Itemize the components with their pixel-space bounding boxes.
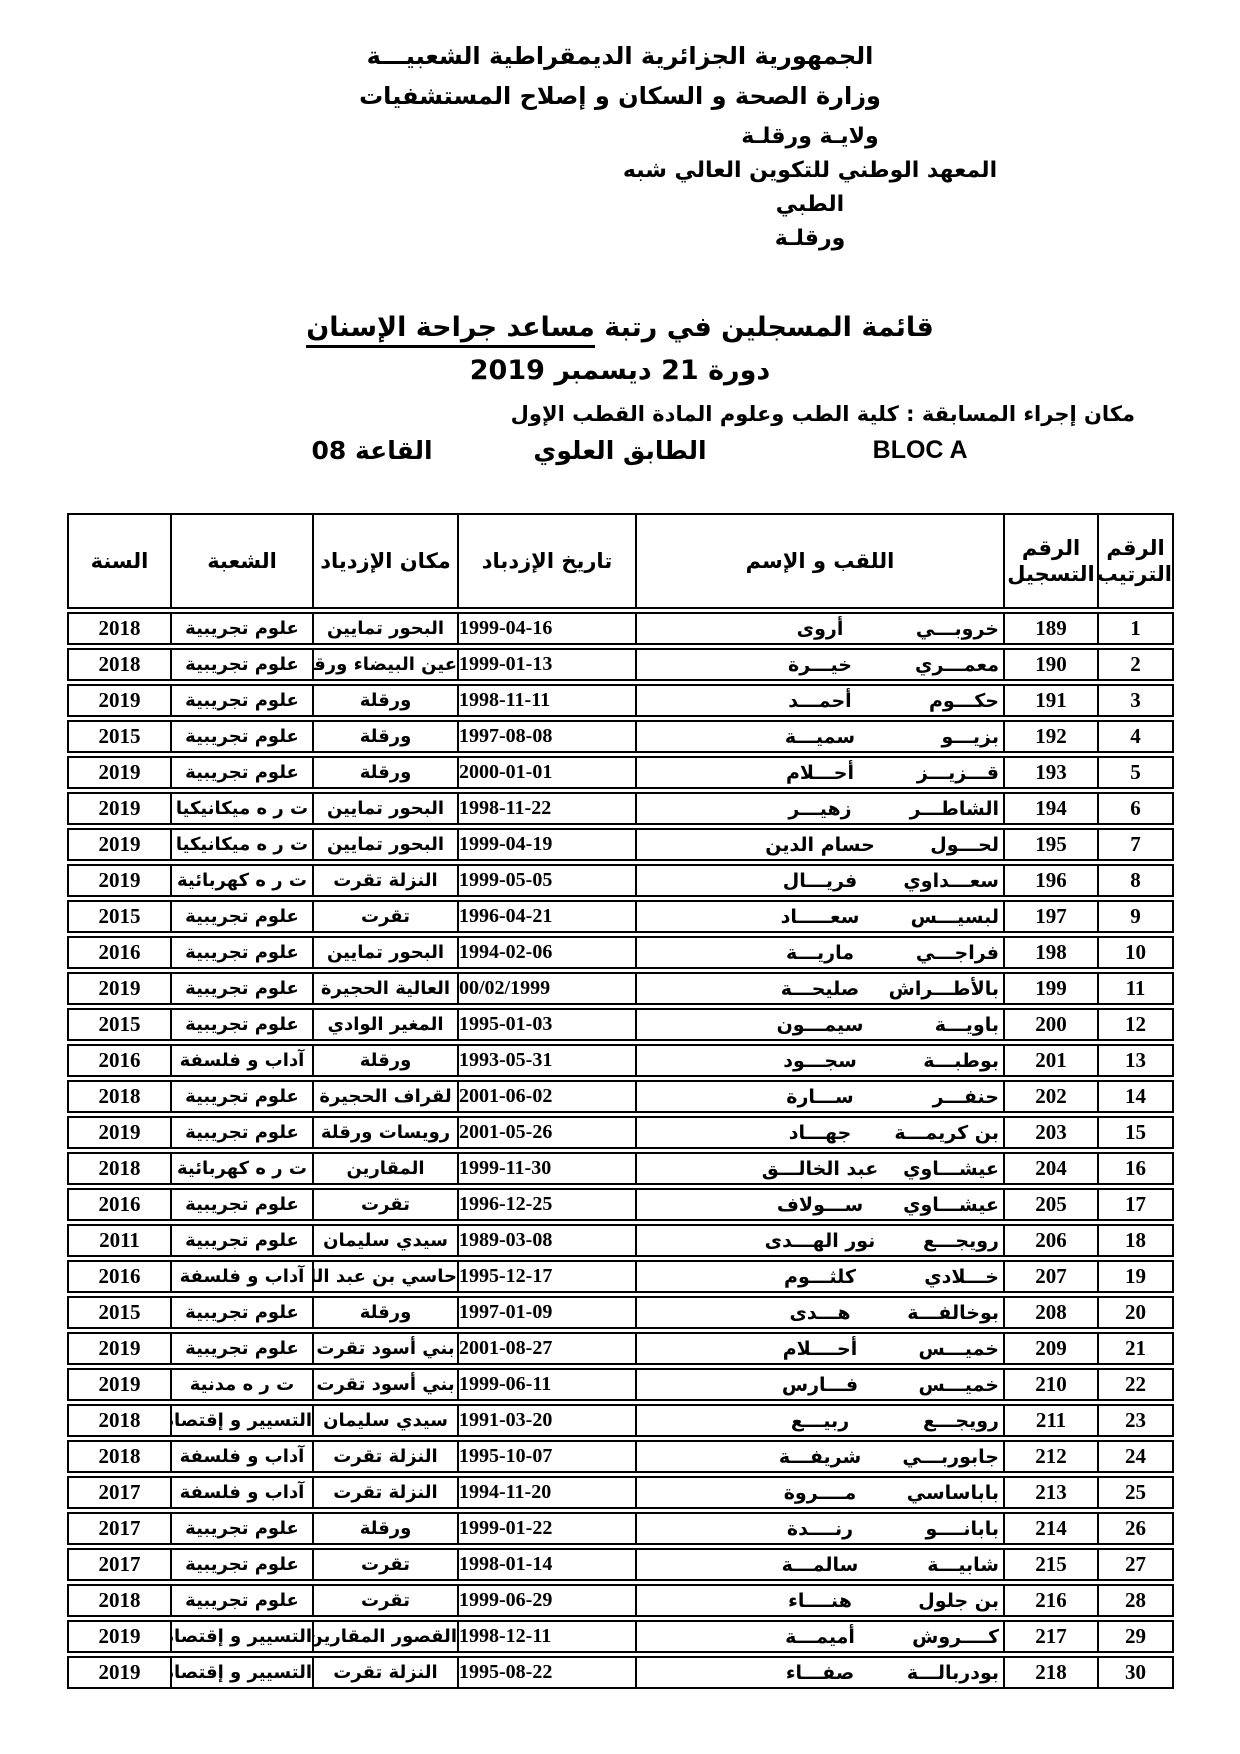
birthdate-cell: 1995-08-22 <box>457 1656 635 1689</box>
birthdate-cell: 1999-04-16 <box>457 612 635 645</box>
year-cell: 2019 <box>67 864 170 897</box>
order-number-cell: 1 <box>1097 612 1174 645</box>
birthdate-cell: 2001-06-02 <box>457 1080 635 1113</box>
year-cell: 2019 <box>67 972 170 1005</box>
birthplace-cell: عين البيضاء ورقلة <box>312 648 457 681</box>
order-number-cell: 3 <box>1097 684 1174 717</box>
table-row: 28216بن جلولهنــــاء1999-06-29تقرتعلوم ت… <box>67 1584 1174 1617</box>
year-cell: 2018 <box>67 1404 170 1437</box>
birthdate-cell: 1999-06-11 <box>457 1368 635 1401</box>
surname: خميـــس <box>918 1374 999 1396</box>
order-number-cell: 25 <box>1097 1476 1174 1509</box>
year-cell: 2019 <box>67 684 170 717</box>
table-row: 29217كــــروشأميمـــة1998-12-11القصور ال… <box>67 1620 1174 1653</box>
order-number-cell: 10 <box>1097 936 1174 969</box>
birthdate-cell: 1998-12-11 <box>457 1620 635 1653</box>
year-cell: 2019 <box>67 828 170 861</box>
order-number-cell: 6 <box>1097 792 1174 825</box>
order-number-cell: 26 <box>1097 1512 1174 1545</box>
surname: الشاطـــر <box>910 798 999 820</box>
year-cell: 2018 <box>67 1080 170 1113</box>
institute-line: المعهد الوطني للتكوين العالي شبه الطبي <box>610 154 1010 222</box>
branch-cell: التسيير و إقتصاد <box>170 1620 312 1653</box>
branch-cell: علوم تجريبية <box>170 756 312 789</box>
registration-number-cell: 207 <box>1003 1260 1097 1293</box>
branch-cell: علوم تجريبية <box>170 648 312 681</box>
birthplace-cell: تقرت <box>312 1584 457 1617</box>
first-name: مــــروة <box>784 1482 857 1504</box>
surname: عيشـــاوي <box>903 1194 999 1216</box>
birthplace-cell: ورقلة <box>312 756 457 789</box>
branch-cell: ت ر ه مدنية <box>170 1368 312 1401</box>
registration-number-cell: 218 <box>1003 1656 1097 1689</box>
year-cell: 2017 <box>67 1548 170 1581</box>
surname: قـــزيـــز <box>917 762 999 784</box>
surname: معمـــري <box>915 654 999 676</box>
table-row: 10198فراجـــيماريـــة1994-02-06البحور تم… <box>67 936 1174 969</box>
birthdate-cell: 2001-08-27 <box>457 1332 635 1365</box>
first-name: فـــارس <box>782 1374 858 1396</box>
order-number-cell: 13 <box>1097 1044 1174 1077</box>
full-name-cell: جابوربـــيشريفـــة <box>635 1440 1003 1473</box>
branch-cell: علوم تجريبية <box>170 1080 312 1113</box>
surname: حكـــوم <box>929 690 999 712</box>
surname: بودربالـــة <box>907 1662 999 1684</box>
full-name-cell: خميـــسأحــــلام <box>635 1332 1003 1365</box>
order-number-cell: 20 <box>1097 1296 1174 1329</box>
registration-number-cell: 196 <box>1003 864 1097 897</box>
exam-location-line: مكان إجراء المسابقة : كلية الطب وعلوم ال… <box>0 402 1240 426</box>
first-name: رنــــدة <box>787 1518 853 1540</box>
order-number-cell: 14 <box>1097 1080 1174 1113</box>
first-name: ربيـــع <box>791 1410 849 1432</box>
registration-number-cell: 214 <box>1003 1512 1097 1545</box>
branch-cell: ت ر ه كهربائية <box>170 1152 312 1185</box>
order-number-cell: 27 <box>1097 1548 1174 1581</box>
full-name-cell: سعـــداويفريـــال <box>635 864 1003 897</box>
full-name-cell: الشاطـــرزهيـــر <box>635 792 1003 825</box>
surname: رويجـــع <box>923 1230 999 1252</box>
table-row: 17205عيشـــاويســـولاف1996-12-25تقرتعلوم… <box>67 1188 1174 1221</box>
birthplace-cell: البحور تمايين <box>312 936 457 969</box>
year-cell: 2018 <box>67 1440 170 1473</box>
full-name-cell: باويـــةسيمـــون <box>635 1008 1003 1041</box>
table-row: 27215شابيـــةسالمـــة1998-01-14تقرتعلوم … <box>67 1548 1174 1581</box>
surname: حنفـــر <box>933 1086 999 1108</box>
first-name: سميـــة <box>785 726 855 748</box>
order-number-cell: 2 <box>1097 648 1174 681</box>
location-value: كلية الطب وعلوم المادة القطب الإول <box>511 402 899 426</box>
registration-number-cell: 208 <box>1003 1296 1097 1329</box>
surname: فراجـــي <box>916 942 999 964</box>
table-row: 5193قـــزيـــزأحـــلام2000-01-01ورقلةعلو… <box>67 756 1174 789</box>
year-header: السنة <box>67 513 170 609</box>
first-name: ســـارة <box>786 1086 853 1108</box>
first-name: سعـــــاد <box>781 906 860 928</box>
full-name-cell: بن جلولهنــــاء <box>635 1584 1003 1617</box>
first-name: كلثـــوم <box>784 1266 856 1288</box>
first-name: نور الهـــدى <box>765 1230 876 1252</box>
full-name-cell: حكـــومأحمـــد <box>635 684 1003 717</box>
registration-number-cell: 192 <box>1003 720 1097 753</box>
branch-cell: علوم تجريبية <box>170 1224 312 1257</box>
branch-cell: علوم تجريبية <box>170 1584 312 1617</box>
year-cell: 2015 <box>67 1008 170 1041</box>
birthplace-cell: ورقلة <box>312 1512 457 1545</box>
year-cell: 2019 <box>67 792 170 825</box>
surname: شابيـــة <box>927 1554 999 1576</box>
registration-header-line1: الرقم <box>1005 535 1097 561</box>
order-number-cell: 18 <box>1097 1224 1174 1257</box>
birthdate-cell: 1999-06-29 <box>457 1584 635 1617</box>
registration-header-line2: التسجيل <box>1005 561 1097 587</box>
location-label: مكان إجراء المسابقة : <box>899 402 1135 426</box>
session-line: دورة 21 ديسمبر 2019 <box>0 355 1240 386</box>
table-row: 30218بودربالـــةصفـــاء1995-08-22النزلة … <box>67 1656 1174 1689</box>
birthplace-cell: سيدي سليمان <box>312 1404 457 1437</box>
surname: عيشـــاوي <box>903 1158 999 1180</box>
registration-number-cell: 203 <box>1003 1116 1097 1149</box>
registration-number-cell: 202 <box>1003 1080 1097 1113</box>
table-row: 8196سعـــداويفريـــال1999-05-05النزلة تق… <box>67 864 1174 897</box>
birthdate-cell: 1995-10-07 <box>457 1440 635 1473</box>
order-number-cell: 23 <box>1097 1404 1174 1437</box>
birthplace-cell: تقرت <box>312 900 457 933</box>
first-name: أحــــلام <box>783 1338 858 1360</box>
birthplace-cell: القصور المقارين <box>312 1620 457 1653</box>
first-name: صليحـــة <box>781 978 860 1000</box>
surname: خميـــس <box>918 1338 999 1360</box>
table-row: 21209خميـــسأحــــلام2001-08-27بني أسود … <box>67 1332 1174 1365</box>
year-cell: 2019 <box>67 1116 170 1149</box>
first-name: هنــــاء <box>788 1590 852 1612</box>
birthdate-cell: 1998-01-14 <box>457 1548 635 1581</box>
full-name-cell: خروبـــيأروى <box>635 612 1003 645</box>
branch-cell: علوم تجريبية <box>170 1512 312 1545</box>
order-number-cell: 24 <box>1097 1440 1174 1473</box>
birthplace-cell: ورقلة <box>312 684 457 717</box>
registration-number-cell: 210 <box>1003 1368 1097 1401</box>
full-name-cell: لحـــولحسام الدين <box>635 828 1003 861</box>
registration-number-cell: 195 <box>1003 828 1097 861</box>
table-row: 25213باباساسيمــــروة1994-11-20النزلة تق… <box>67 1476 1174 1509</box>
birthplace-cell: النزلة تقرت <box>312 1656 457 1689</box>
header-row: الرقم الترتيب الرقم التسجيل اللقب و الإس… <box>67 513 1174 609</box>
birthdate-cell: 00/02/1999 <box>457 972 635 1005</box>
first-name: هـــدى <box>789 1302 850 1324</box>
birthdate-cell: 1994-02-06 <box>457 936 635 969</box>
birthdate-cell: 1995-01-03 <box>457 1008 635 1041</box>
year-cell: 2015 <box>67 720 170 753</box>
branch-cell: علوم تجريبية <box>170 972 312 1005</box>
candidates-table: الرقم الترتيب الرقم التسجيل اللقب و الإس… <box>67 510 1174 1692</box>
full-name-cell: بوخالفـــةهـــدى <box>635 1296 1003 1329</box>
birthdate-cell: 1999-05-05 <box>457 864 635 897</box>
birthdate-cell: 1994-11-20 <box>457 1476 635 1509</box>
birthdate-cell: 1999-01-22 <box>457 1512 635 1545</box>
order-number-cell: 16 <box>1097 1152 1174 1185</box>
birthdate-cell: 1998-11-22 <box>457 792 635 825</box>
table-row: 1189خروبـــيأروى1999-04-16البحور تمايينع… <box>67 612 1174 645</box>
year-cell: 2019 <box>67 1620 170 1653</box>
table-row: 6194الشاطـــرزهيـــر1998-11-22البحور تما… <box>67 792 1174 825</box>
name-header: اللقب و الإسم <box>635 513 1003 609</box>
birthplace-cell: سيدي سليمان <box>312 1224 457 1257</box>
full-name-cell: معمـــريخيـــرة <box>635 648 1003 681</box>
surname: خـــلادي <box>924 1266 999 1288</box>
table-row: 12200باويـــةسيمـــون1995-01-03المغير ال… <box>67 1008 1174 1041</box>
year-cell: 2015 <box>67 900 170 933</box>
surname: بابانــــو <box>925 1518 999 1540</box>
branch-cell: علوم تجريبية <box>170 1116 312 1149</box>
first-name: أروى <box>797 618 844 640</box>
table-row: 11199بالأطـــراشصليحـــة00/02/1999العالي… <box>67 972 1174 1005</box>
room-label: القاعة 08 <box>311 436 432 465</box>
year-cell: 2016 <box>67 936 170 969</box>
birthplace-cell: حاسي بن عبد الله <box>312 1260 457 1293</box>
branch-cell: علوم تجريبية <box>170 720 312 753</box>
surname: لحـــول <box>930 834 999 856</box>
birthdate-cell: 2001-05-26 <box>457 1116 635 1149</box>
registration-number-cell: 199 <box>1003 972 1097 1005</box>
full-name-cell: حنفـــرســـارة <box>635 1080 1003 1113</box>
full-name-cell: بزيـــوسميـــة <box>635 720 1003 753</box>
wilaya-line: ولايـة ورقلـة <box>610 120 1010 154</box>
year-cell: 2018 <box>67 612 170 645</box>
table-row: 15203بن كريمـــةجهـــاد2001-05-26رويسات … <box>67 1116 1174 1149</box>
birthplace-cell: النزلة تقرت <box>312 1476 457 1509</box>
registration-number-cell: 204 <box>1003 1152 1097 1185</box>
document-title: قائمة المسجلين في رتبة مساعد جراحة الإسن… <box>0 312 1240 343</box>
registration-number-cell: 205 <box>1003 1188 1097 1221</box>
full-name-cell: بودربالـــةصفـــاء <box>635 1656 1003 1689</box>
branch-cell: علوم تجريبية <box>170 1548 312 1581</box>
table-row: 20208بوخالفـــةهـــدى1997-01-09ورقلةعلوم… <box>67 1296 1174 1329</box>
republic-line: الجمهورية الجزائرية الديمقراطية الشعبيــ… <box>0 36 1240 76</box>
surname: باويـــة <box>935 1014 999 1036</box>
full-name-cell: عيشـــاويعبد الخالـــق <box>635 1152 1003 1185</box>
year-cell: 2016 <box>67 1188 170 1221</box>
order-number-cell: 5 <box>1097 756 1174 789</box>
registration-number-cell: 212 <box>1003 1440 1097 1473</box>
year-cell: 2019 <box>67 1368 170 1401</box>
birthplace-cell: ورقلة <box>312 1296 457 1329</box>
order-number-cell: 8 <box>1097 864 1174 897</box>
full-name-cell: بن كريمـــةجهـــاد <box>635 1116 1003 1149</box>
first-name: أميمـــة <box>785 1626 855 1648</box>
branch-cell: آداب و فلسفة <box>170 1260 312 1293</box>
branch-cell: آداب و فلسفة <box>170 1440 312 1473</box>
birthdate-cell: 2000-01-01 <box>457 756 635 789</box>
registration-number-cell: 217 <box>1003 1620 1097 1653</box>
birthdate-cell: 1995-12-17 <box>457 1260 635 1293</box>
first-name: عبد الخالـــق <box>762 1158 879 1180</box>
first-name: سالمـــة <box>782 1554 859 1576</box>
year-cell: 2015 <box>67 1296 170 1329</box>
order-number-cell: 15 <box>1097 1116 1174 1149</box>
branch-cell: علوم تجريبية <box>170 1296 312 1329</box>
order-number-cell: 4 <box>1097 720 1174 753</box>
birthplace-cell: البحور تمايين <box>312 612 457 645</box>
year-cell: 2019 <box>67 756 170 789</box>
first-name: جهـــاد <box>789 1122 852 1144</box>
year-cell: 2016 <box>67 1044 170 1077</box>
birthplace-cell: المقارين <box>312 1152 457 1185</box>
title-prefix: قائمة المسجلين في رتبة <box>595 312 934 343</box>
registration-number-cell: 209 <box>1003 1332 1097 1365</box>
birthplace-cell: بني أسود تقرت <box>312 1368 457 1401</box>
order-number-cell: 7 <box>1097 828 1174 861</box>
full-name-cell: بابانــــورنــــدة <box>635 1512 1003 1545</box>
full-name-cell: لبسيـــسسعـــــاد <box>635 900 1003 933</box>
registration-number-cell: 197 <box>1003 900 1097 933</box>
birthplace-cell: البحور تمايين <box>312 792 457 825</box>
full-name-cell: خـــلاديكلثـــوم <box>635 1260 1003 1293</box>
birthdate-cell: 1998-11-11 <box>457 684 635 717</box>
first-name: أحـــلام <box>786 762 854 784</box>
registration-number-cell: 206 <box>1003 1224 1097 1257</box>
order-number-header: الرقم الترتيب <box>1097 513 1174 609</box>
registration-number-cell: 190 <box>1003 648 1097 681</box>
registration-number-cell: 193 <box>1003 756 1097 789</box>
registration-number-cell: 211 <box>1003 1404 1097 1437</box>
birthplace-cell: ورقلة <box>312 1044 457 1077</box>
rank-name: مساعد جراحة الإسنان <box>306 312 595 348</box>
branch-cell: علوم تجريبية <box>170 1188 312 1221</box>
table-row: 9197لبسيـــسسعـــــاد1996-04-21تقرتعلوم … <box>67 900 1174 933</box>
registration-number-cell: 201 <box>1003 1044 1097 1077</box>
registration-number-cell: 198 <box>1003 936 1097 969</box>
birthplace-cell: تقرت <box>312 1188 457 1221</box>
branch-cell: التسيير و إقتصاد <box>170 1656 312 1689</box>
birthdate-cell: 1997-01-09 <box>457 1296 635 1329</box>
surname: كــــروش <box>912 1626 999 1648</box>
first-name: حسام الدين <box>765 834 875 856</box>
full-name-cell: شابيـــةسالمـــة <box>635 1548 1003 1581</box>
order-header-line1: الرقم <box>1099 535 1172 561</box>
first-name: سيمـــون <box>777 1014 864 1036</box>
registration-number-cell: 216 <box>1003 1584 1097 1617</box>
year-cell: 2011 <box>67 1224 170 1257</box>
birthdate-cell: 1999-11-30 <box>457 1152 635 1185</box>
table-row: 2190معمـــريخيـــرة1999-01-13عين البيضاء… <box>67 648 1174 681</box>
branch-cell: ت ر ه كهربائية <box>170 864 312 897</box>
surname: باباساسي <box>907 1482 999 1504</box>
birthplace-cell: ورقلة <box>312 720 457 753</box>
table-row: 23211رويجـــعربيـــع1991-03-20سيدي سليما… <box>67 1404 1174 1437</box>
birthdate-cell: 1999-04-19 <box>457 828 635 861</box>
first-name: زهيـــر <box>788 798 851 820</box>
registration-number-cell: 194 <box>1003 792 1097 825</box>
branch-cell: آداب و فلسفة <box>170 1476 312 1509</box>
surname: لبسيـــس <box>911 906 999 928</box>
first-name: صفـــاء <box>786 1662 854 1684</box>
branch-cell: علوم تجريبية <box>170 684 312 717</box>
year-cell: 2017 <box>67 1476 170 1509</box>
surname: بوخالفـــة <box>907 1302 999 1324</box>
first-name: فريـــال <box>783 870 858 892</box>
surname: جابوربـــي <box>902 1446 999 1468</box>
first-name: ســـولاف <box>777 1194 863 1216</box>
order-number-cell: 9 <box>1097 900 1174 933</box>
ministry-line: وزارة الصحة و السكان و إصلاح المستشفيات <box>0 76 1240 116</box>
birthdate-cell: 1996-12-25 <box>457 1188 635 1221</box>
full-name-cell: قـــزيـــزأحـــلام <box>635 756 1003 789</box>
table-row: 19207خـــلاديكلثـــوم1995-12-17حاسي بن ع… <box>67 1260 1174 1293</box>
registration-number-header: الرقم التسجيل <box>1003 513 1097 609</box>
full-name-cell: باباساسيمــــروة <box>635 1476 1003 1509</box>
registration-number-cell: 189 <box>1003 612 1097 645</box>
table-row: 14202حنفـــرســـارة2001-06-02لقراف الحجي… <box>67 1080 1174 1113</box>
table-header: الرقم الترتيب الرقم التسجيل اللقب و الإس… <box>67 513 1174 609</box>
branch-cell: ت ر ه ميكانيكيا <box>170 792 312 825</box>
surname: بوطبـــة <box>923 1050 999 1072</box>
branch-cell: آداب و فلسفة <box>170 1044 312 1077</box>
order-number-cell: 21 <box>1097 1332 1174 1365</box>
surname: رويجـــع <box>923 1410 999 1432</box>
branch-cell: علوم تجريبية <box>170 900 312 933</box>
birthdate-cell: 1999-01-13 <box>457 648 635 681</box>
first-name: خيـــرة <box>788 654 852 676</box>
table-body: 1189خروبـــيأروى1999-04-16البحور تمايينع… <box>67 612 1174 1689</box>
table-row: 7195لحـــولحسام الدين1999-04-19البحور تم… <box>67 828 1174 861</box>
order-number-cell: 29 <box>1097 1620 1174 1653</box>
registration-number-cell: 191 <box>1003 684 1097 717</box>
birthdate-cell: 1993-05-31 <box>457 1044 635 1077</box>
table-row: 3191حكـــومأحمـــد1998-11-11ورقلةعلوم تج… <box>67 684 1174 717</box>
full-name-cell: رويجـــعنور الهـــدى <box>635 1224 1003 1257</box>
table-row: 24212جابوربـــيشريفـــة1995-10-07النزلة … <box>67 1440 1174 1473</box>
year-cell: 2017 <box>67 1512 170 1545</box>
birthdate-cell: 1991-03-20 <box>457 1404 635 1437</box>
birthplace-cell: تقرت <box>312 1548 457 1581</box>
order-number-cell: 19 <box>1097 1260 1174 1293</box>
table-row: 4192بزيـــوسميـــة1997-08-08ورقلةعلوم تج… <box>67 720 1174 753</box>
surname: سعـــداوي <box>903 870 999 892</box>
registration-number-cell: 200 <box>1003 1008 1097 1041</box>
full-name-cell: عيشـــاويســـولاف <box>635 1188 1003 1221</box>
branch-cell: علوم تجريبية <box>170 612 312 645</box>
full-name-cell: خميـــسفـــارس <box>635 1368 1003 1401</box>
branch-cell: التسيير و إقتصاد <box>170 1404 312 1437</box>
birthdate-cell: 1989-03-08 <box>457 1224 635 1257</box>
branch-header: الشعبة <box>170 513 312 609</box>
birthplace-header: مكان الإزدياد <box>312 513 457 609</box>
branch-cell: علوم تجريبية <box>170 1332 312 1365</box>
year-cell: 2016 <box>67 1260 170 1293</box>
full-name-cell: كــــروشأميمـــة <box>635 1620 1003 1653</box>
full-name-cell: بوطبـــةسجـــود <box>635 1044 1003 1077</box>
branch-cell: علوم تجريبية <box>170 1008 312 1041</box>
year-cell: 2018 <box>67 648 170 681</box>
order-number-cell: 11 <box>1097 972 1174 1005</box>
table-row: 13201بوطبـــةسجـــود1993-05-31ورقلةآداب … <box>67 1044 1174 1077</box>
birthdate-header: تاريخ الإزدباد <box>457 513 635 609</box>
birthplace-cell: النزلة تقرت <box>312 1440 457 1473</box>
registration-number-cell: 215 <box>1003 1548 1097 1581</box>
birthplace-cell: البحور تمايين <box>312 828 457 861</box>
order-number-cell: 17 <box>1097 1188 1174 1221</box>
year-cell: 2018 <box>67 1152 170 1185</box>
year-cell: 2019 <box>67 1332 170 1365</box>
order-number-cell: 22 <box>1097 1368 1174 1401</box>
birthdate-cell: 1997-08-08 <box>457 720 635 753</box>
full-name-cell: بالأطـــراشصليحـــة <box>635 972 1003 1005</box>
city-line: ورقلـة <box>610 222 1010 256</box>
order-number-cell: 12 <box>1097 1008 1174 1041</box>
year-cell: 2018 <box>67 1584 170 1617</box>
registration-number-cell: 213 <box>1003 1476 1097 1509</box>
